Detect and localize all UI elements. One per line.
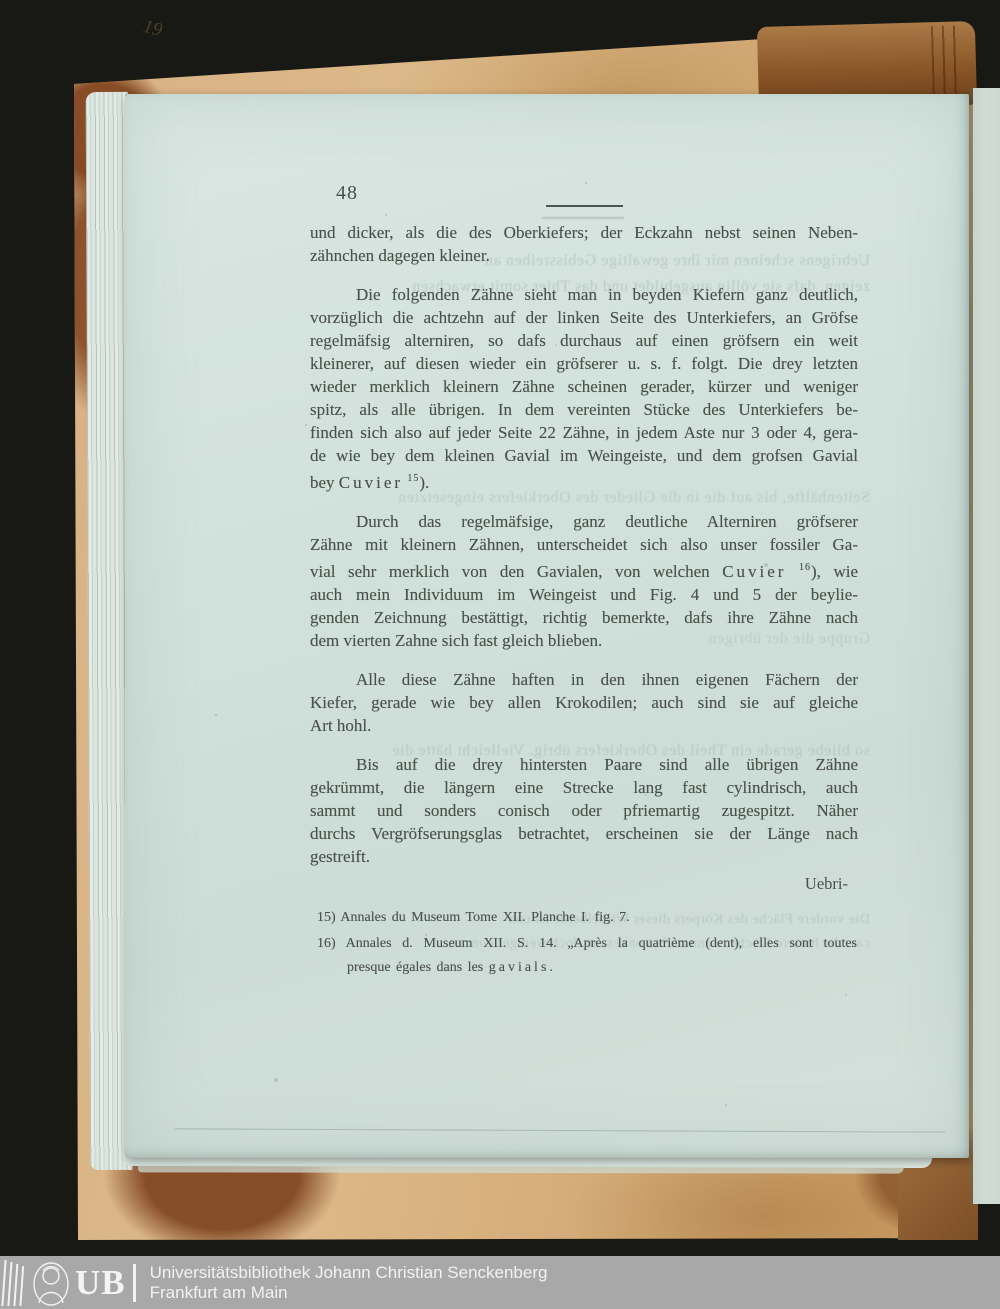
adjacent-page-edge (973, 88, 1000, 1204)
text-paragraph: Bis auf die drey hintersten Paare sind a… (310, 753, 858, 868)
library-name-line2: Frankfurt am Main (150, 1283, 548, 1303)
paper-speckles (125, 94, 127, 96)
text-paragraph: Durch das regelmäfsige, ganz deutliche A… (310, 510, 858, 652)
library-logo[interactable]: UB (0, 1256, 136, 1309)
logo-separator (133, 1264, 136, 1302)
page-under-edge-2 (138, 1165, 904, 1173)
page-gutter (969, 88, 973, 1204)
handwritten-mark: 19 (141, 16, 165, 42)
cover-corner-stain (898, 1158, 978, 1240)
footnote: 16) Annales d. Museum XII. S. 14. „Après… (317, 932, 857, 980)
text-paragraph: Alle diese Zähne haften in den ihnen eig… (310, 668, 858, 737)
text-paragraph: und dicker, als die des Oberkiefers; der… (310, 221, 858, 267)
text-paragraph: Die folgenden Zähne sieht man in beyden … (310, 283, 858, 494)
section-rule-bleedthrough (542, 217, 624, 219)
senckenberg-portrait-icon (29, 1259, 73, 1307)
book-page: Uebrigens scheinen mir ihre gewaltige Ge… (125, 94, 969, 1158)
section-rule (546, 205, 623, 207)
footnote: 15) Annales du Museum Tome XII. Planche … (317, 906, 857, 930)
paper-crease (175, 1128, 945, 1132)
ub-logo-text: UB (75, 1265, 126, 1300)
footnotes: 15) Annales du Museum Tome XII. Planche … (317, 906, 857, 982)
catchword: Uebri- (310, 874, 858, 894)
page-number: 48 (336, 182, 358, 205)
library-name: Universitätsbibliothek Johann Christian … (150, 1263, 548, 1303)
page-text: und dicker, als die des Oberkiefers; der… (310, 221, 858, 884)
library-name-line1: Universitätsbibliothek Johann Christian … (150, 1263, 548, 1283)
library-footer-bar: UB Universitätsbibliothek Johann Christi… (0, 1256, 1000, 1309)
scan-viewport: 19 Uebrigens scheinen mir ihre gewaltige… (0, 0, 1000, 1309)
book-spine-icon (1, 1260, 24, 1306)
